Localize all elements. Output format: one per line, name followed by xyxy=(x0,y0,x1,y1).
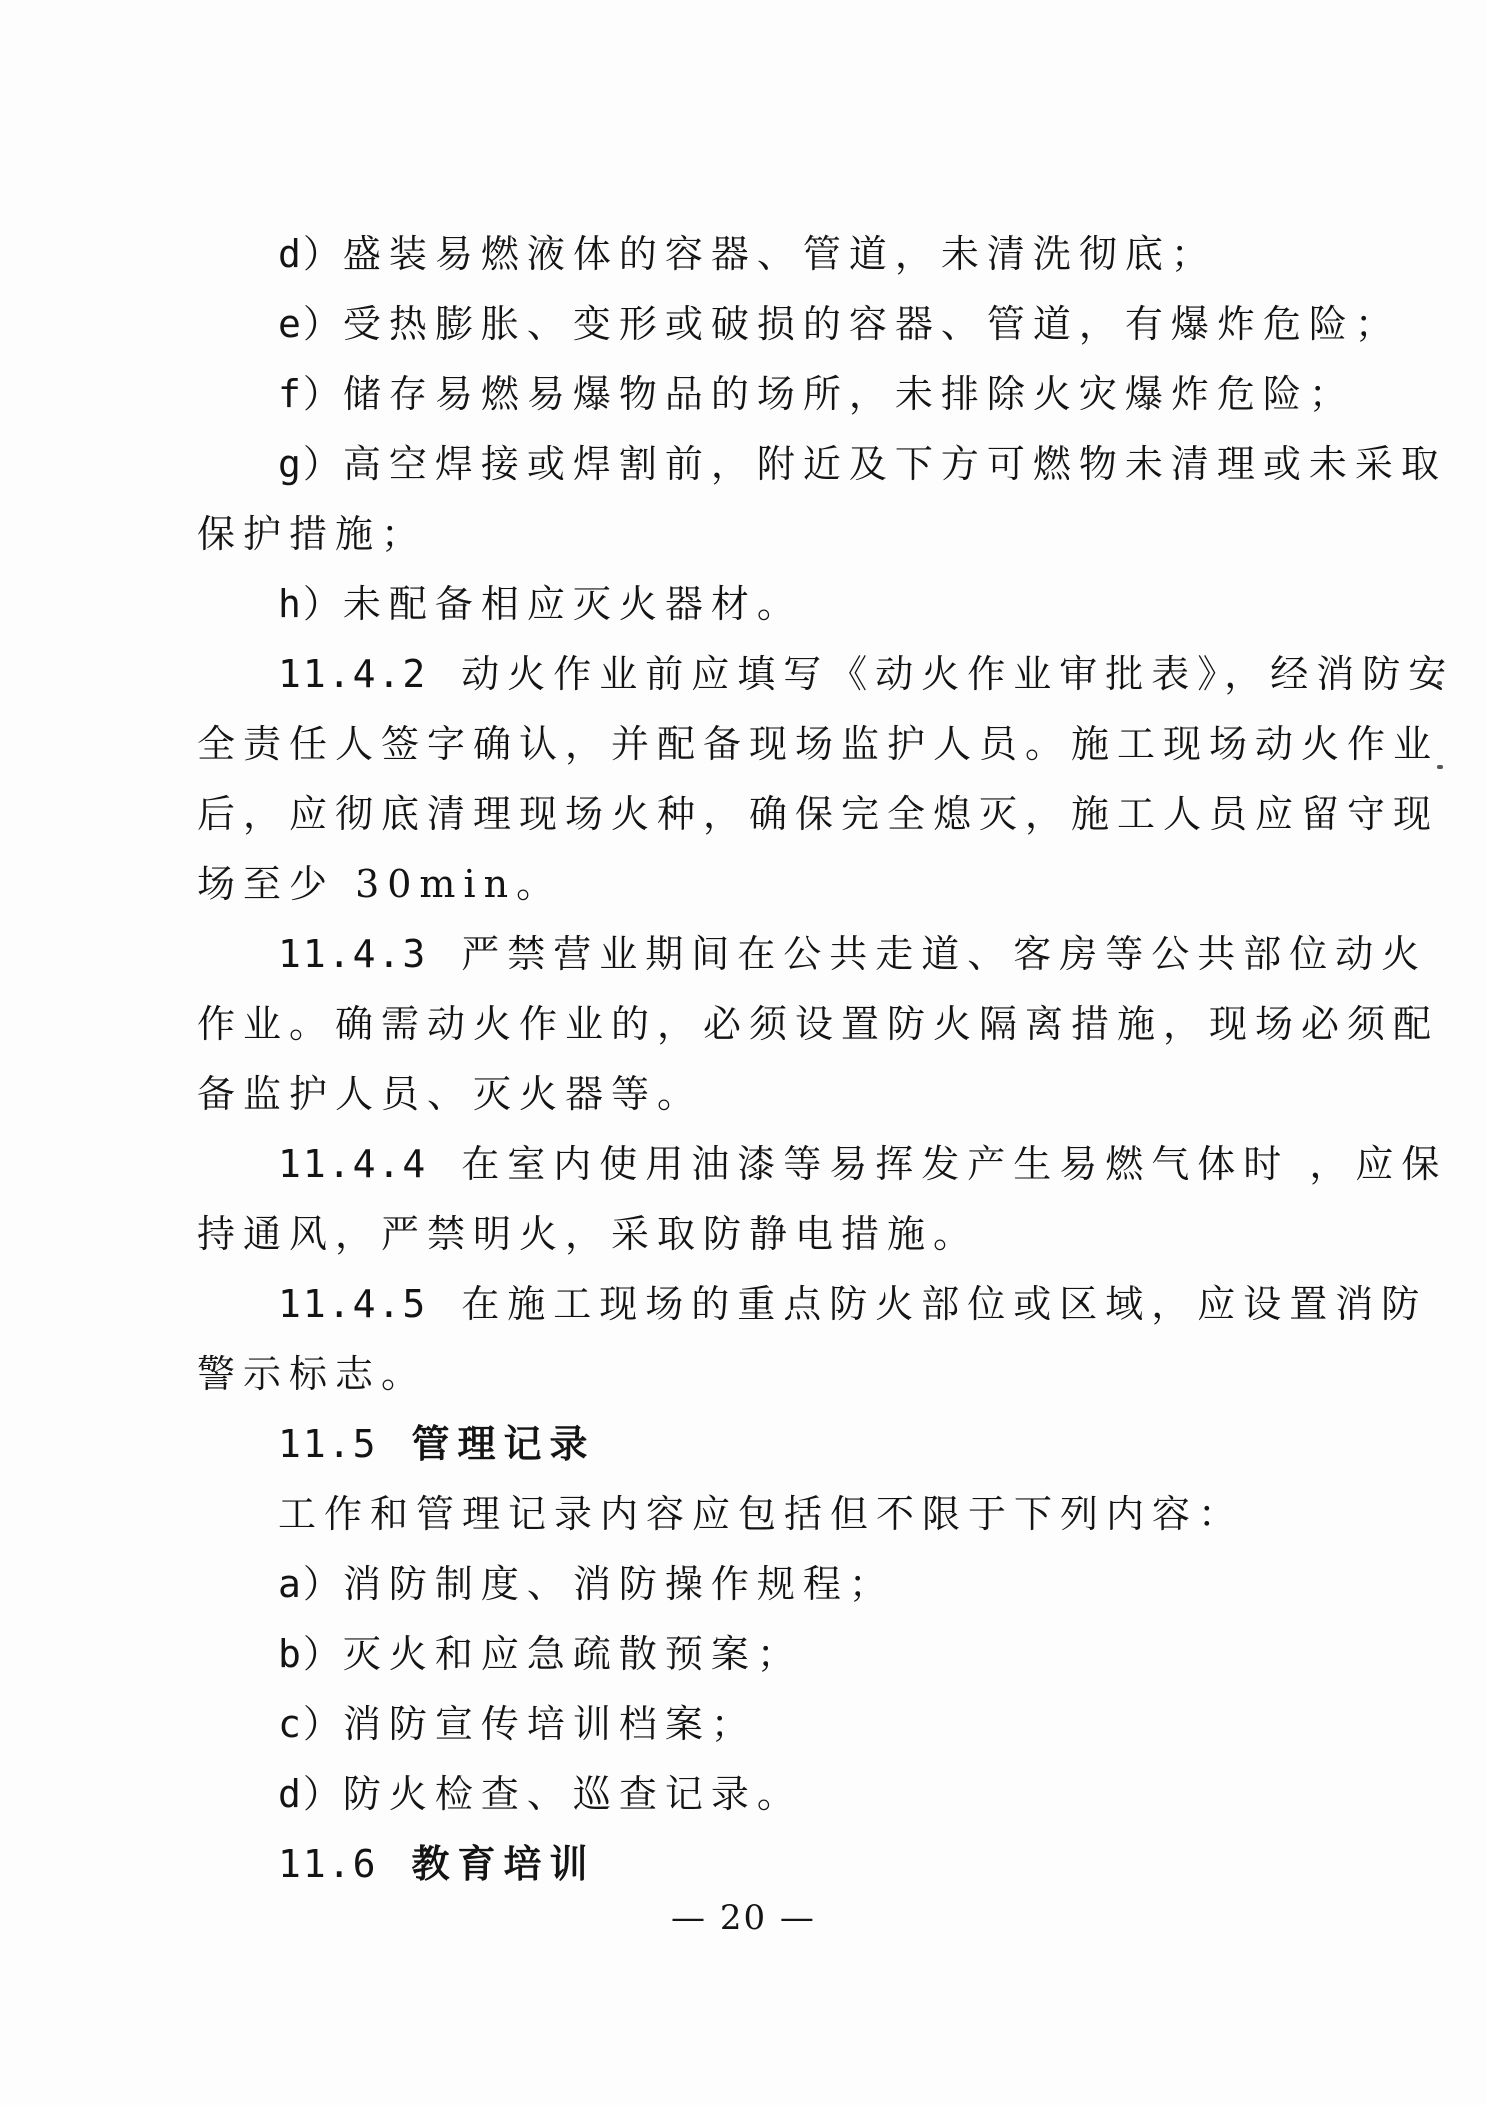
list-item-text: 消防宣传培训档案； xyxy=(343,1702,757,1746)
continuation-text: 作业。确需动火作业的，必须设置防火隔离措施，现场必须配 xyxy=(197,1002,1439,1046)
list-item-b-emergency-plan: b）灭火和应急疏散预案； xyxy=(278,1628,1287,1680)
clause-number: 11.4.2 xyxy=(278,652,427,696)
section-title: 教育培训 xyxy=(412,1842,596,1886)
continuation-text: 警示标志。 xyxy=(197,1352,427,1396)
list-item-text: 灭火和应急疏散预案； xyxy=(343,1632,803,1676)
list-item-text: 未配备相应灭火器材。 xyxy=(343,582,803,626)
list-marker: c） xyxy=(278,1702,343,1746)
clause-text: 动火作业前应填写《动火作业审批表》，经消防安 xyxy=(461,652,1454,696)
clause-11-4-5: 11.4.5在施工现场的重点防火部位或区域，应设置消防 xyxy=(278,1278,1287,1330)
list-marker: d） xyxy=(278,232,343,276)
clause-text: 在施工现场的重点防火部位或区域，应设置消防 xyxy=(461,1282,1427,1326)
list-item-g-high-altitude-welding: g）高空焊接或焊割前，附近及下方可燃物未清理或未采取 xyxy=(278,438,1287,490)
section-number: 11.5 xyxy=(278,1422,378,1466)
text-line-continuation: 作业。确需动火作业的，必须设置防火隔离措施，现场必须配 xyxy=(197,998,1287,1050)
clause-11-4-3: 11.4.3严禁营业期间在公共走道、客房等公共部位动火 xyxy=(278,928,1287,980)
paragraph-text: 工作和管理记录内容应包括但不限于下列内容： xyxy=(278,1492,1244,1536)
list-item-text: 盛装易燃液体的容器、管道，未清洗彻底； xyxy=(343,232,1217,276)
list-marker: h） xyxy=(278,582,343,626)
text-line-continuation: 备监护人员、灭火器等。 xyxy=(197,1068,1287,1120)
list-marker: b） xyxy=(278,1632,343,1676)
list-marker: g） xyxy=(278,442,343,486)
list-item-d-inspection-records: d）防火检查、巡查记录。 xyxy=(278,1768,1287,1820)
continuation-text: 持通风，严禁明火，采取防静电措施。 xyxy=(197,1212,979,1256)
section-title: 管理记录 xyxy=(412,1422,596,1466)
list-item-text: 防火检查、巡查记录。 xyxy=(343,1772,803,1816)
continuation-text: 备监护人员、灭火器等。 xyxy=(197,1072,703,1116)
document-page: d）盛装易燃液体的容器、管道，未清洗彻底； e）受热膨胀、变形或破损的容器、管道… xyxy=(0,0,1487,2105)
text-line-continuation: 全责任人签字确认，并配备现场监护人员。施工现场动火作业 xyxy=(197,718,1287,770)
clause-number: 11.4.5 xyxy=(278,1282,427,1326)
scan-speck xyxy=(1437,765,1443,769)
page-number: — 20 — xyxy=(0,1898,1487,1938)
list-marker: f） xyxy=(278,372,343,416)
clause-number: 11.4.4 xyxy=(278,1142,427,1186)
text-line-continuation: 持通风，严禁明火，采取防静电措施。 xyxy=(197,1208,1287,1260)
clause-11-4-4: 11.4.4在室内使用油漆等易挥发产生易燃气体时 ，应保 xyxy=(278,1138,1287,1190)
text-line-continuation: 场至少 30min。 xyxy=(197,858,1287,910)
text-line-continuation: 后，应彻底清理现场火种，确保完全熄灭，施工人员应留守现 xyxy=(197,788,1287,840)
list-marker: a） xyxy=(278,1562,343,1606)
continuation-text: 全责任人签字确认，并配备现场监护人员。施工现场动火作业 xyxy=(197,722,1439,766)
clause-text: 在室内使用油漆等易挥发产生易燃气体时 ，应保 xyxy=(461,1142,1447,1186)
section-heading-11-5: 11.5管理记录 xyxy=(278,1418,1287,1470)
text-line-continuation: 保护措施； xyxy=(197,508,1287,560)
list-item-text: 受热膨胀、变形或破损的容器、管道，有爆炸危险； xyxy=(343,302,1401,346)
list-item-d-flammable-containers: d）盛装易燃液体的容器、管道，未清洗彻底； xyxy=(278,228,1287,280)
list-item-e-explosion-risk: e）受热膨胀、变形或破损的容器、管道，有爆炸危险； xyxy=(278,298,1287,350)
intro-paragraph: 工作和管理记录内容应包括但不限于下列内容： xyxy=(278,1488,1287,1540)
clause-11-4-2: 11.4.2动火作业前应填写《动火作业审批表》，经消防安 xyxy=(278,648,1287,700)
list-item-f-storage-sites: f）储存易燃易爆物品的场所，未排除火灾爆炸危险； xyxy=(278,368,1287,420)
list-item-c-training-archive: c）消防宣传培训档案； xyxy=(278,1698,1287,1750)
list-item-text: 高空焊接或焊割前，附近及下方可燃物未清理或未采取 xyxy=(343,442,1447,486)
list-marker: d） xyxy=(278,1772,343,1816)
section-number: 11.6 xyxy=(278,1842,378,1886)
list-item-a-fire-rules: a）消防制度、消防操作规程； xyxy=(278,1558,1287,1610)
list-item-h-fire-equipment: h）未配备相应灭火器材。 xyxy=(278,578,1287,630)
text-line-continuation: 警示标志。 xyxy=(197,1348,1287,1400)
clause-text: 严禁营业期间在公共走道、客房等公共部位动火 xyxy=(461,932,1427,976)
scan-speck xyxy=(1437,681,1442,685)
list-marker: e） xyxy=(278,302,343,346)
continuation-text: 后，应彻底清理现场火种，确保完全熄灭，施工人员应留守现 xyxy=(197,792,1439,836)
list-item-text: 储存易燃易爆物品的场所，未排除火灾爆炸危险； xyxy=(343,372,1355,416)
continuation-text: 保护措施； xyxy=(197,512,427,556)
list-item-text: 消防制度、消防操作规程； xyxy=(343,1562,895,1606)
continuation-text: 场至少 30min。 xyxy=(197,862,562,906)
clause-number: 11.4.3 xyxy=(278,932,427,976)
section-heading-11-6: 11.6教育培训 xyxy=(278,1838,1287,1890)
